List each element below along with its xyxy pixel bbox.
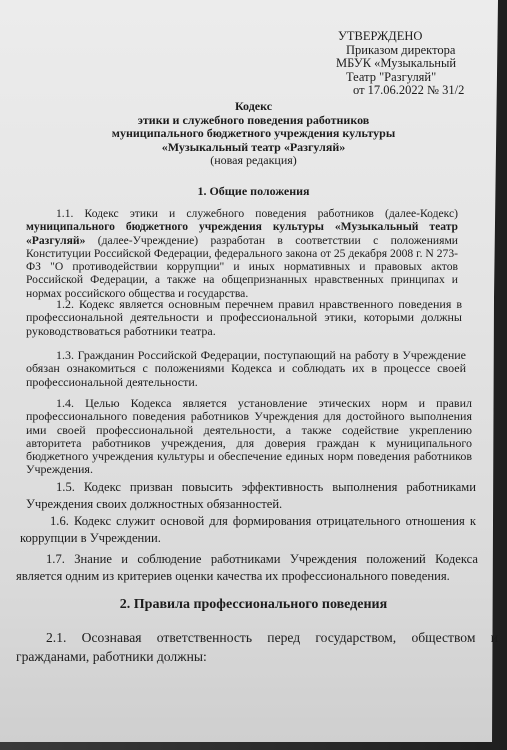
paragraph-text: Кодекс служит основой для формирования о…	[20, 514, 476, 545]
paragraph-text: (далее-Учреждение) разработан в соответс…	[26, 234, 458, 300]
paragraph-number: 2.1.	[46, 630, 66, 645]
approval-date-line: от 17.06.2022 № 31/2	[338, 84, 464, 98]
paragraph-1-7: 1.7. Знание и соблюдение работниками Учр…	[16, 551, 478, 585]
paragraph-1-6: 1.6. Кодекс служит основой для формирова…	[20, 513, 476, 547]
paragraph-text: Кодекс призван повысить эффективность вы…	[26, 480, 476, 511]
paragraph-1-4: 1.4. Целью Кодекса является установление…	[26, 397, 472, 477]
paragraph-number: 1.1.	[56, 207, 73, 220]
title-line-2: этики и служебного поведения работников	[0, 114, 507, 128]
paragraph-number: 1.6.	[50, 514, 69, 528]
paragraph-number: 1.5.	[56, 480, 75, 494]
approval-order-line: Приказом директора	[338, 44, 464, 58]
paragraph-1-5: 1.5. Кодекс призван повысить эффективнос…	[26, 479, 476, 513]
paragraph-text: Кодекс является основным перечнем правил…	[26, 297, 462, 338]
paragraph-number: 1.7.	[46, 552, 65, 566]
section-heading-2: 2. Правила профессионального поведения	[0, 597, 507, 613]
paragraph-2-1: 2.1. Осознавая ответственность перед гос…	[16, 628, 498, 666]
title-edition-note: (новая редакция)	[0, 154, 507, 168]
section-heading-1: 1. Общие положения	[0, 184, 507, 199]
approval-theatre-line: Театр "Разгуляй"	[338, 71, 464, 85]
paragraph-text: Гражданин Российской Федерации, поступаю…	[26, 348, 466, 389]
paragraph-text: Осознавая ответственность перед государс…	[16, 630, 498, 664]
document-title: Кодекс этики и служебного поведения рабо…	[0, 100, 507, 168]
approval-stamp-block: УТВЕРЖДЕНО Приказом директора МБУК «Музы…	[338, 30, 464, 98]
approval-org-line: МБУК «Музыкальный	[336, 57, 464, 71]
title-line-1: Кодекс	[0, 100, 507, 114]
paragraph-1-2: 1.2. Кодекс является основным перечнем п…	[26, 298, 462, 338]
paragraph-number: 1.4.	[56, 396, 74, 410]
paragraph-number: 1.2.	[56, 297, 74, 311]
paragraph-number: 1.3.	[56, 348, 74, 362]
paragraph-text: Кодекс этики и служебного поведения рабо…	[73, 207, 458, 220]
title-line-3: муниципального бюджетного учреждения кул…	[0, 127, 507, 141]
paragraph-1-3: 1.3. Гражданин Российской Федерации, пос…	[26, 349, 466, 389]
paragraph-text: Знание и соблюдение работниками Учрежден…	[16, 552, 478, 583]
approval-heading: УТВЕРЖДЕНО	[338, 30, 464, 44]
paragraph-1-1: 1.1. Кодекс этики и служебного поведения…	[26, 207, 458, 300]
paragraph-text: Целью Кодекса является установление этич…	[26, 396, 472, 476]
title-line-4: «Музыкальный театр «Разгуляй»	[0, 141, 507, 155]
